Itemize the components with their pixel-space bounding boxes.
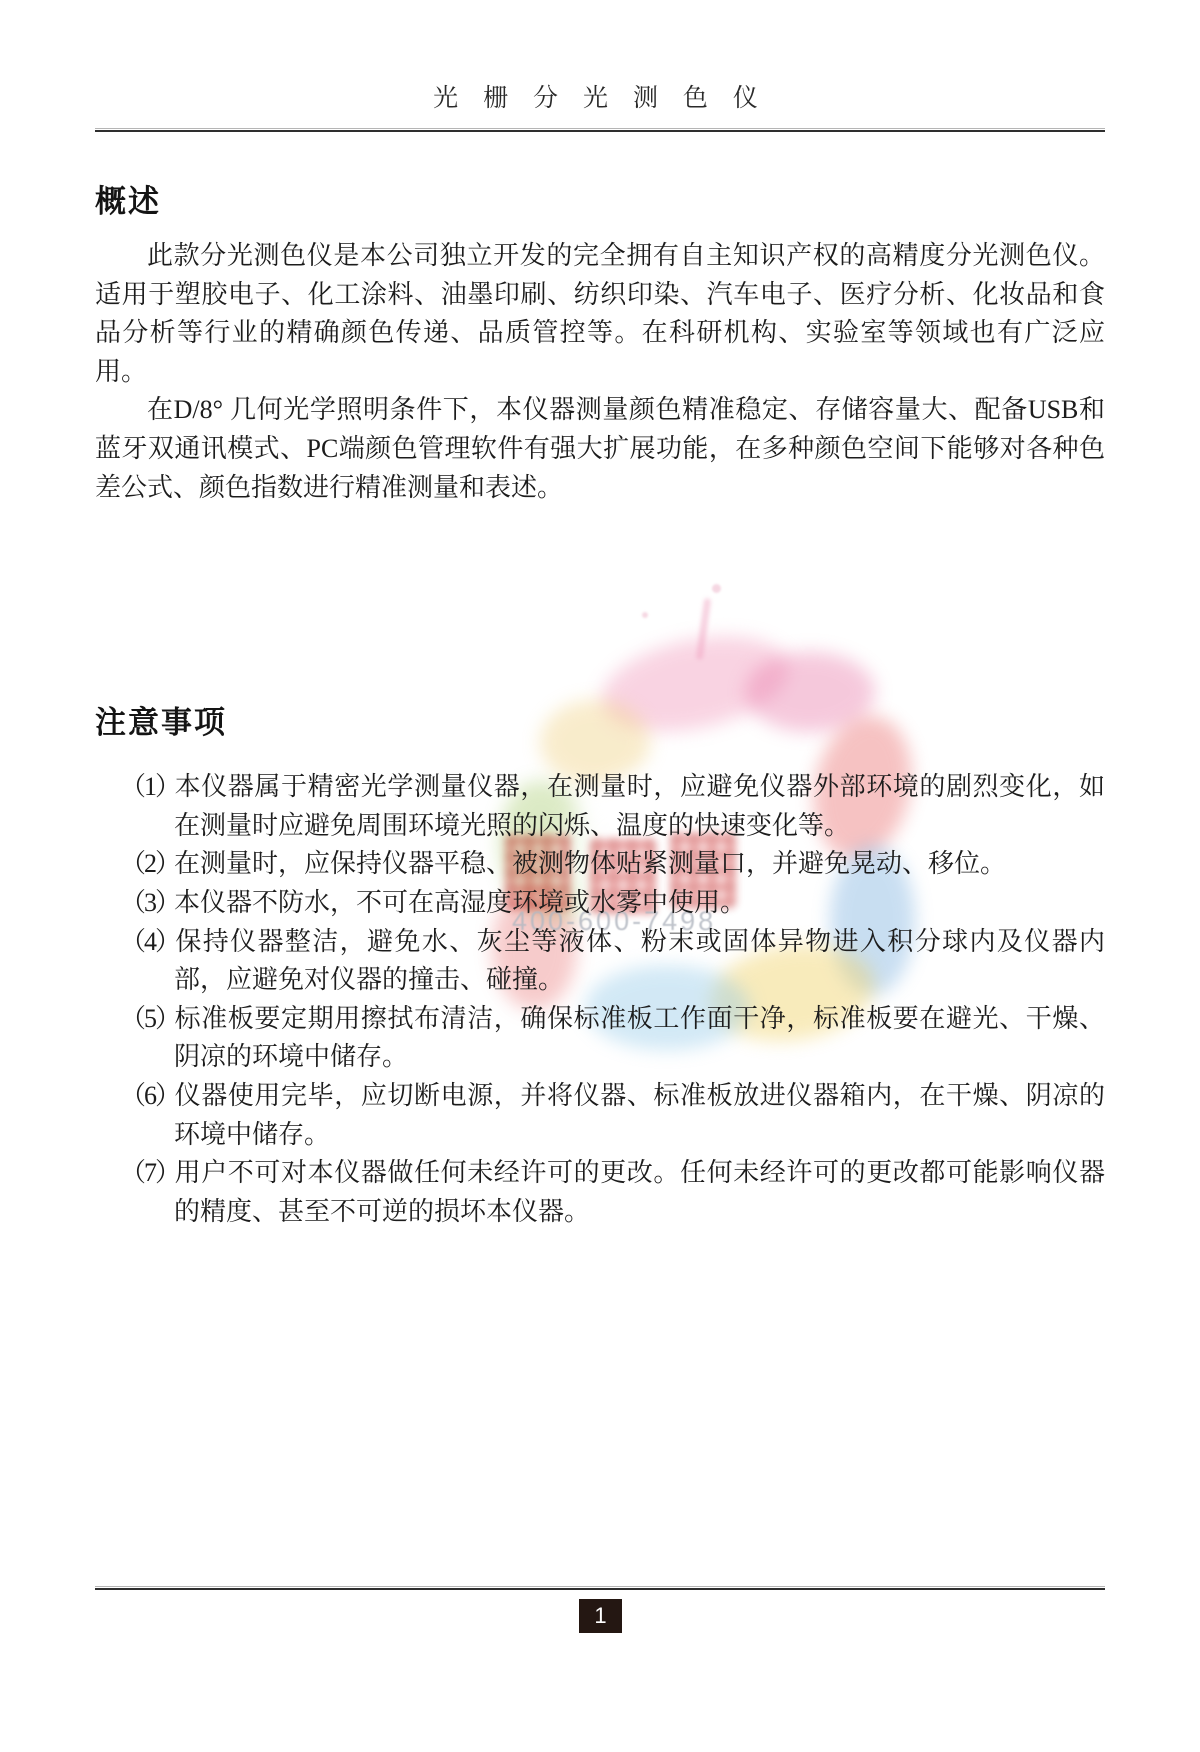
note-item-2: （2）在测量时，应保持仪器平稳、被测物体贴紧测量口，并避免晃动、移位。 xyxy=(120,845,1105,884)
note-number: （7） xyxy=(120,1154,174,1193)
note-number: （4） xyxy=(120,923,174,962)
note-text: 仪器使用完毕，应切断电源，并将仪器、标准板放进仪器箱内，在干燥、阴凉的环境中储存… xyxy=(174,1081,1105,1149)
note-item-5: （5）标准板要定期用擦拭布清洁，确保标准板工作面干净，标准板要在避光、干燥、阴凉… xyxy=(120,1000,1105,1077)
note-text: 用户不可对本仪器做任何未经许可的更改。任何未经许可的更改都可能影响仪器的精度、甚… xyxy=(174,1158,1105,1226)
note-text: 标准板要定期用擦拭布清洁，确保标准板工作面干净，标准板要在避光、干燥、阴凉的环境… xyxy=(174,1004,1105,1072)
note-item-3: （3）本仪器不防水，不可在高湿度环境或水雾中使用。 xyxy=(120,884,1105,923)
note-item-1: （1）本仪器属于精密光学测量仪器，在测量时，应避免仪器外部环境的剧烈变化，如在测… xyxy=(120,768,1105,845)
note-text: 本仪器属于精密光学测量仪器，在测量时，应避免仪器外部环境的剧烈变化，如在测量时应… xyxy=(174,772,1105,840)
page-number-badge: 1 xyxy=(579,1599,622,1633)
note-number: （2） xyxy=(120,845,174,884)
note-item-7: （7）用户不可对本仪器做任何未经许可的更改。任何未经许可的更改都可能影响仪器的精… xyxy=(120,1154,1105,1231)
overview-paragraph-2: 在D/8° 几何光学照明条件下，本仪器测量颜色精准稳定、存储容量大、配备USB和… xyxy=(95,391,1105,507)
document-title: 光 栅 分 光 测 色 仪 xyxy=(0,78,1200,114)
note-number: （6） xyxy=(120,1077,174,1116)
page-header: 光 栅 分 光 测 色 仪 xyxy=(0,0,1200,132)
note-number: （5） xyxy=(120,1000,174,1039)
note-item-6: （6）仪器使用完毕，应切断电源，并将仪器、标准板放进仪器箱内，在干燥、阴凉的环境… xyxy=(120,1077,1105,1154)
notes-list: （1）本仪器属于精密光学测量仪器，在测量时，应避免仪器外部环境的剧烈变化，如在测… xyxy=(120,768,1105,1231)
page-content: 概述 此款分光测色仪是本公司独立开发的完全拥有自主知识产权的高精度分光测色仪。适… xyxy=(95,176,1105,1231)
header-rule xyxy=(95,128,1105,132)
overview-paragraph-1: 此款分光测色仪是本公司独立开发的完全拥有自主知识产权的高精度分光测色仪。适用于塑… xyxy=(95,237,1105,391)
note-text: 保持仪器整洁，避免水、灰尘等液体、粉末或固体异物进入积分球内及仪器内部，应避免对… xyxy=(174,927,1105,995)
section-heading-overview: 概述 xyxy=(95,176,1105,221)
note-text: 本仪器不防水，不可在高湿度环境或水雾中使用。 xyxy=(174,888,746,917)
manual-page: 400-600-7498 光 栅 分 光 测 色 仪 概述 此款分光测色仪是本公… xyxy=(0,0,1200,1752)
note-text: 在测量时，应保持仪器平稳、被测物体贴紧测量口，并避免晃动、移位。 xyxy=(174,849,1006,878)
note-number: （1） xyxy=(120,768,174,807)
footer-rule xyxy=(95,1586,1105,1590)
section-heading-notes: 注意事项 xyxy=(95,697,1105,742)
note-item-4: （4）保持仪器整洁，避免水、灰尘等液体、粉末或固体异物进入积分球内及仪器内部，应… xyxy=(120,923,1105,1000)
note-number: （3） xyxy=(120,884,174,923)
